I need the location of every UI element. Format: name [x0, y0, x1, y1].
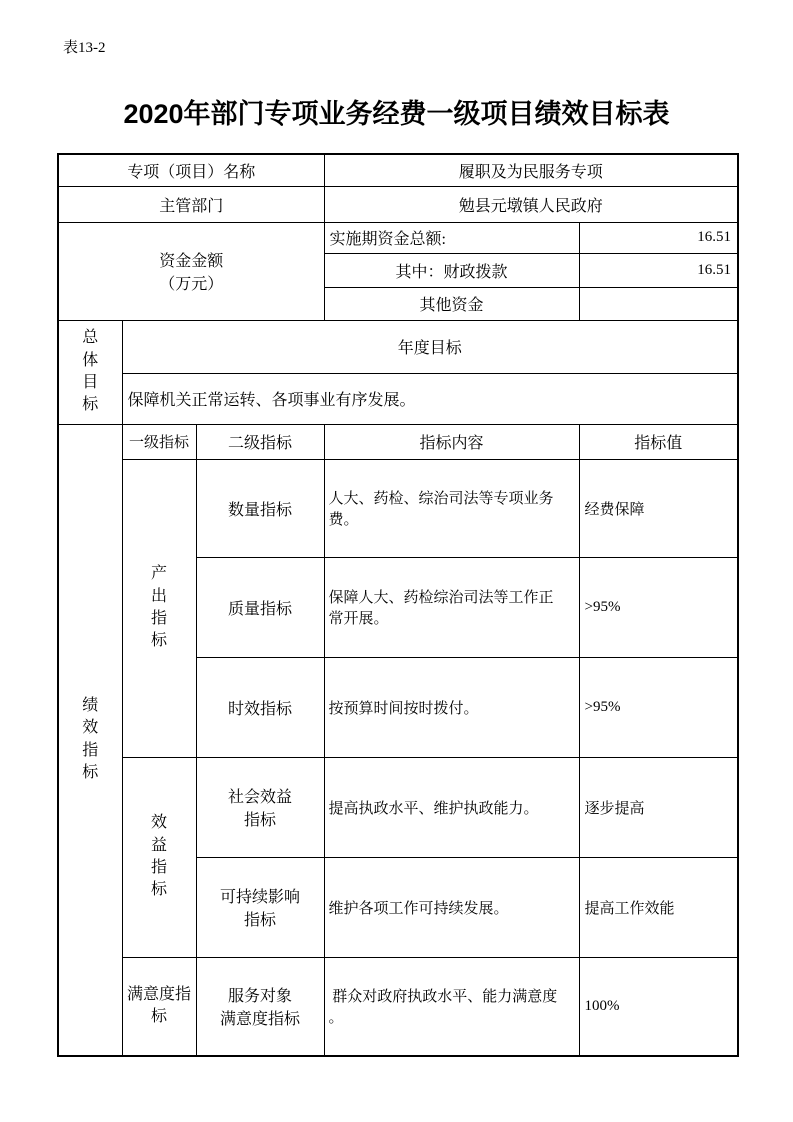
row-department: 主管部门 勉县元墩镇人民政府 — [58, 186, 738, 222]
level2-service-satisfaction: 服务对象 满意度指标 — [196, 957, 324, 1056]
funding-total-label: 实施期资金总额: — [324, 222, 579, 253]
header-level2: 二级指标 — [196, 424, 324, 459]
content-quantity: 人大、药检、综治司法等专项业务 费。 — [324, 459, 579, 557]
row-project-name: 专项（项目）名称 履职及为民服务专项 — [58, 154, 738, 186]
value-sustainable: 提高工作效能 — [579, 857, 738, 957]
annual-goal-header: 年度目标 — [122, 320, 738, 373]
level1-output: 产出指标 — [122, 459, 196, 757]
value-timeliness: >95% — [579, 657, 738, 757]
content-sustainable: 维护各项工作可持续发展。 — [324, 857, 579, 957]
funding-fiscal-value: 16.51 — [579, 253, 738, 287]
level2-sustainable: 可持续影响 指标 — [196, 857, 324, 957]
row-funding-total: 资金金额 （万元） 实施期资金总额: 16.51 — [58, 222, 738, 253]
row-satisfaction-indicator: 满意度指标 服务对象 满意度指标 群众对政府执政水平、能力满意度 。 100% — [58, 957, 738, 1056]
content-timeliness: 按预算时间按时拨付。 — [324, 657, 579, 757]
row-annual-goal-header: 总体目标 年度目标 — [58, 320, 738, 373]
row-quantity-indicator: 产出指标 数量指标 人大、药检、综治司法等专项业务 费。 经费保障 — [58, 459, 738, 557]
department-label: 主管部门 — [58, 186, 324, 222]
level1-output-text: 产出指标 — [150, 563, 168, 653]
level1-satisfaction: 满意度指标 — [122, 957, 196, 1056]
header-value: 指标值 — [579, 424, 738, 459]
row-social-benefit-indicator: 效益指标 社会效益 指标 提高执政水平、维护执政能力。 逐步提高 — [58, 757, 738, 857]
header-level1: 一级指标 — [122, 424, 196, 459]
page-title: 2020年部门专项业务经费一级项目绩效目标表 — [0, 92, 793, 131]
level1-benefit: 效益指标 — [122, 757, 196, 957]
annual-goal-content: 保障机关正常运转、各项事业有序发展。 — [122, 373, 738, 424]
project-name-label: 专项（项目）名称 — [58, 154, 324, 186]
project-name-value: 履职及为民服务专项 — [324, 154, 738, 186]
value-satisfaction: 100% — [579, 957, 738, 1056]
funding-other-value — [579, 287, 738, 320]
doc-tag: 表13-2 — [63, 36, 106, 57]
header-content: 指标内容 — [324, 424, 579, 459]
row-annual-goal-content: 保障机关正常运转、各项事业有序发展。 — [58, 373, 738, 424]
level1-benefit-text: 效益指标 — [150, 812, 168, 902]
department-value: 勉县元墩镇人民政府 — [324, 186, 738, 222]
performance-target-table: 专项（项目）名称 履职及为民服务专项 主管部门 勉县元墩镇人民政府 资金金额 （… — [57, 153, 739, 1057]
funding-label: 资金金额 （万元） — [58, 222, 324, 320]
performance-vertical-text: 绩效指标 — [81, 695, 99, 785]
level2-quality: 质量指标 — [196, 557, 324, 657]
level2-social-benefit: 社会效益 指标 — [196, 757, 324, 857]
content-satisfaction: 群众对政府执政水平、能力满意度 。 — [324, 957, 579, 1056]
funding-total-value: 16.51 — [579, 222, 738, 253]
value-quality: >95% — [579, 557, 738, 657]
funding-other-label: 其他资金 — [324, 287, 579, 320]
funding-fiscal-label: 其中：财政拨款 — [324, 253, 579, 287]
level2-timeliness: 时效指标 — [196, 657, 324, 757]
overall-goal-section-label: 总体目标 — [58, 320, 122, 424]
performance-section-label: 绩效指标 — [58, 424, 122, 1056]
document-page: 表13-2 2020年部门专项业务经费一级项目绩效目标表 专项（项目）名称 履职… — [0, 0, 793, 1122]
value-quantity: 经费保障 — [579, 459, 738, 557]
level2-quantity: 数量指标 — [196, 459, 324, 557]
content-social-benefit: 提高执政水平、维护执政能力。 — [324, 757, 579, 857]
value-social-benefit: 逐步提高 — [579, 757, 738, 857]
row-indicator-header: 绩效指标 一级指标 二级指标 指标内容 指标值 — [58, 424, 738, 459]
content-quality: 保障人大、药检综治司法等工作正 常开展。 — [324, 557, 579, 657]
overall-goal-vertical-text: 总体目标 — [81, 327, 99, 417]
